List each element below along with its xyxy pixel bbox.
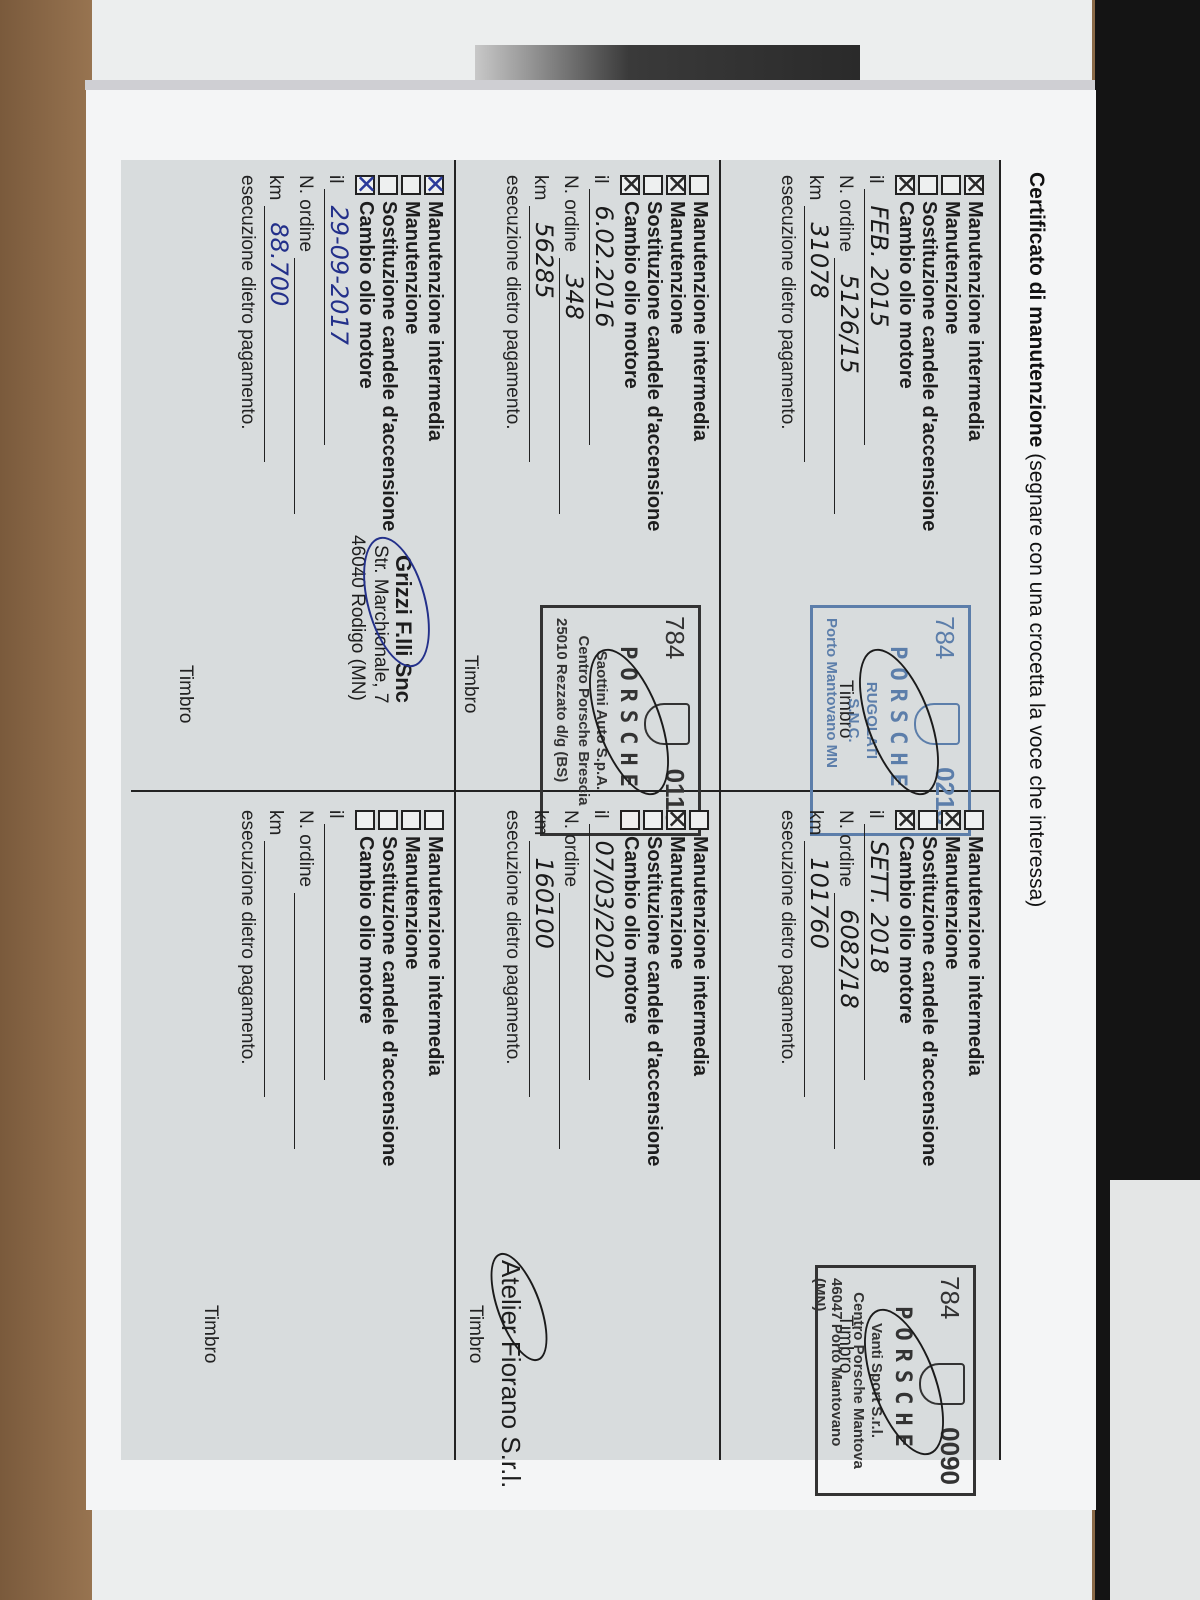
payment-note: esecuzione dietro pagamento.	[501, 175, 523, 795]
km-field-value[interactable]: 88.700	[264, 206, 293, 462]
option-label: Sostituzione candele d'accensione	[917, 201, 940, 531]
row-divider	[455, 160, 457, 1460]
dealer-line-2: Centro Porsche Brescia	[575, 618, 592, 823]
field-label: N. ordine	[559, 175, 581, 252]
order-number-field-value[interactable]: 5126/15	[834, 258, 863, 514]
km-field: km	[264, 810, 294, 1430]
km-field-value[interactable]	[264, 841, 265, 1097]
order-number-field-value[interactable]: 6082/18	[834, 893, 863, 1149]
dealer-code: 784	[659, 616, 690, 659]
option-label: Cambio olio motore	[619, 836, 642, 1024]
date-field: il 29-09-2017	[324, 175, 354, 795]
option-label: Manutenzione	[665, 201, 688, 334]
field-label: il	[589, 175, 611, 183]
checkbox[interactable]	[621, 810, 641, 830]
dealer-line-2: S.N.C.	[845, 618, 862, 823]
row-divider	[720, 160, 722, 1460]
stamp-label: Timbro	[459, 655, 481, 713]
checkbox[interactable]	[356, 175, 376, 195]
date-field-value[interactable]: 29-09-2017	[324, 189, 353, 445]
checkbox[interactable]	[644, 810, 664, 830]
field-label: N. ordine	[294, 175, 316, 252]
maintenance-entry: Manutenzione intermedia Manutenzione Sos…	[206, 810, 446, 1430]
option-label: Cambio olio motore	[894, 201, 917, 389]
field-label: km	[529, 810, 551, 835]
checkbox[interactable]	[425, 810, 445, 830]
option-row: Manutenzione	[400, 810, 423, 1430]
dealer-address: 46047 Porto Mantovano (MN)	[811, 1278, 845, 1483]
checkbox[interactable]	[644, 175, 664, 195]
dealer-code: 784	[929, 616, 960, 659]
option-row: Manutenzione intermedia	[688, 810, 711, 1430]
field-label: km	[264, 810, 286, 835]
checkbox[interactable]	[621, 175, 641, 195]
checkbox[interactable]	[942, 175, 962, 195]
km-field-value[interactable]: 56285	[529, 206, 558, 462]
option-label: Sostituzione candele d'accensione	[377, 836, 400, 1166]
field-label: il	[864, 810, 886, 818]
option-label: Manutenzione	[400, 201, 423, 334]
option-label: Manutenzione intermedia	[963, 201, 986, 441]
order-number-field-value[interactable]: 348	[559, 258, 588, 514]
option-row: Manutenzione intermedia	[423, 175, 446, 795]
km-field-value[interactable]: 101760	[804, 841, 833, 1097]
order-number-field: N. ordine	[294, 810, 324, 1430]
option-label: Sostituzione candele d'accensione	[917, 836, 940, 1166]
field-label: N. ordine	[294, 810, 316, 887]
payment-note: esecuzione dietro pagamento.	[236, 810, 258, 1430]
date-field-value[interactable]: 07/03/2020	[589, 824, 618, 1080]
option-label: Manutenzione	[665, 836, 688, 969]
field-label: il	[589, 810, 611, 818]
leather-surface	[0, 0, 100, 1600]
maintenance-entry: Manutenzione intermedia Manutenzione Sos…	[746, 810, 986, 1430]
field-label: km	[264, 175, 286, 200]
option-row: Cambio olio motore	[354, 810, 377, 1430]
option-label: Sostituzione candele d'accensione	[642, 836, 665, 1166]
option-label: Manutenzione intermedia	[688, 836, 711, 1076]
option-row: Cambio olio motore	[619, 810, 642, 1430]
field-label: N. ordine	[834, 810, 856, 887]
field-label: km	[529, 175, 551, 200]
option-row: Sostituzione candele d'accensione	[377, 810, 400, 1430]
title-note: (segnare con una crocetta la voce che in…	[1025, 453, 1048, 907]
stamp-label: Timbro	[199, 1305, 221, 1363]
checkbox[interactable]	[667, 175, 687, 195]
checkbox[interactable]	[919, 810, 939, 830]
payment-note: esecuzione dietro pagamento.	[776, 175, 798, 795]
checkbox[interactable]	[690, 175, 710, 195]
order-number-field-value[interactable]	[294, 893, 295, 1149]
maintenance-entry: Manutenzione intermedia Manutenzione Sos…	[746, 175, 986, 795]
option-row: Sostituzione candele d'accensione	[642, 810, 665, 1430]
option-row: Manutenzione intermedia	[423, 810, 446, 1430]
option-label: Cambio olio motore	[894, 836, 917, 1024]
order-number-field: N. ordine	[559, 810, 589, 1430]
checkbox[interactable]	[690, 810, 710, 830]
top-rule	[1000, 160, 1002, 1460]
option-label: Cambio olio motore	[619, 201, 642, 389]
checkbox[interactable]	[896, 810, 916, 830]
option-label: Cambio olio motore	[354, 201, 377, 389]
option-label: Manutenzione	[940, 836, 963, 969]
dealer-address: 25010 Rezzato d/g (BS)	[553, 618, 570, 823]
checkbox[interactable]	[667, 810, 687, 830]
checkbox[interactable]	[379, 810, 399, 830]
date-field-value[interactable]	[324, 824, 325, 1080]
option-label: Manutenzione intermedia	[688, 201, 711, 441]
maintenance-entry: Manutenzione intermedia Manutenzione Sos…	[471, 810, 711, 1430]
payment-note: esecuzione dietro pagamento.	[236, 175, 258, 795]
option-label: Sostituzione candele d'accensione	[642, 201, 665, 531]
order-number-field-value[interactable]	[559, 893, 560, 1149]
checkbox[interactable]	[356, 810, 376, 830]
option-label: Manutenzione intermedia	[963, 836, 986, 1076]
date-field-value[interactable]: 6.02.2016	[589, 189, 618, 445]
option-label: Cambio olio motore	[354, 836, 377, 1024]
checkbox[interactable]	[919, 175, 939, 195]
km-field-value[interactable]: 31078	[804, 206, 833, 462]
dealer-line-2: Centro Porsche Mantova	[850, 1278, 867, 1483]
order-number-field: N. ordine	[294, 175, 324, 795]
option-label: Manutenzione intermedia	[423, 836, 446, 1076]
payment-note: esecuzione dietro pagamento.	[776, 810, 798, 1430]
checkbox[interactable]	[896, 175, 916, 195]
date-field-value[interactable]: SETT. 2018	[864, 824, 893, 1080]
checkbox[interactable]	[402, 175, 422, 195]
checkbox[interactable]	[965, 175, 985, 195]
light-surface	[1110, 1180, 1200, 1600]
option-label: Manutenzione intermedia	[423, 201, 446, 441]
order-number-field-value[interactable]	[294, 258, 295, 514]
field-label: N. ordine	[834, 175, 856, 252]
stamp-label: Timbro	[464, 1305, 486, 1363]
field-label: il	[324, 810, 346, 818]
checkbox[interactable]	[965, 810, 985, 830]
maintenance-certificate-page: 14 Certificato di manutenzione (segnare …	[86, 90, 1096, 1510]
date-field: il	[324, 810, 354, 1430]
dealer-code: 784	[934, 1276, 965, 1319]
option-label: Manutenzione	[940, 201, 963, 334]
checkbox[interactable]	[379, 175, 399, 195]
km-field: km 88.700	[264, 175, 294, 795]
stamp-label: Timbro	[174, 665, 196, 723]
checkbox[interactable]	[942, 810, 962, 830]
page-title: Certificato di manutenzione (segnare con…	[1024, 172, 1048, 907]
maintenance-entry: Manutenzione intermedia Manutenzione Sos…	[471, 175, 711, 795]
field-label: il	[324, 175, 346, 183]
option-label: Manutenzione	[400, 836, 423, 969]
maintenance-entry: Manutenzione intermedia Manutenzione Sos…	[206, 175, 446, 795]
field-label: N. ordine	[559, 810, 581, 887]
page-edge	[85, 80, 1095, 90]
km-field-value[interactable]: 160100	[529, 841, 558, 1097]
field-label: km	[804, 175, 826, 200]
option-row: Manutenzione	[665, 810, 688, 1430]
dealer-address: Porto Mantovano MN	[823, 618, 840, 823]
checkbox[interactable]	[402, 810, 422, 830]
field-label: il	[864, 175, 886, 183]
checkbox[interactable]	[425, 175, 445, 195]
field-label: km	[804, 810, 826, 835]
date-field: il 07/03/2020	[589, 810, 619, 1430]
date-field-value[interactable]: FEB. 2015	[864, 189, 893, 445]
option-label: Sostituzione candele d'accensione	[377, 201, 400, 531]
